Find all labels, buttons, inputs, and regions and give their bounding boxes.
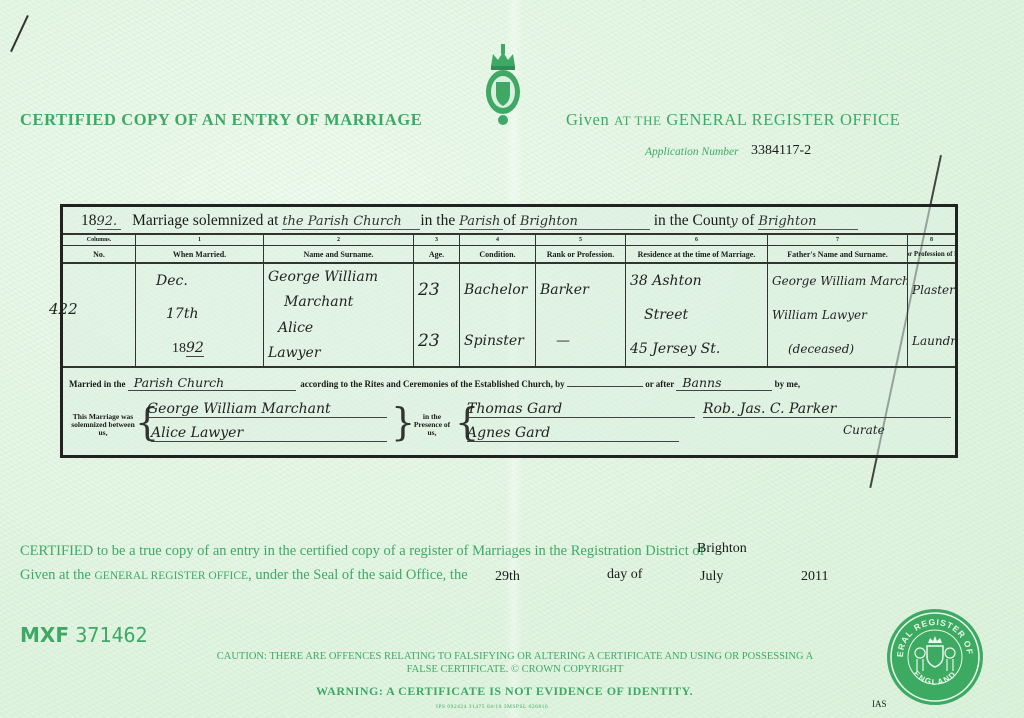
- by-me-label: by me,: [775, 379, 801, 389]
- svg-text:GENERAL REGISTER OFFICE: GENERAL REGISTER OFFICE: [887, 609, 975, 658]
- year-prefix: 18: [81, 212, 97, 229]
- certification-year: 2011: [801, 569, 828, 585]
- issuing-office-prefix: Given: [566, 110, 609, 129]
- register-entry: 1892. Marriage solemnized at the Parish …: [60, 204, 958, 458]
- officiant-signature: Rob. Jas. C. Parker: [703, 401, 951, 418]
- header-father-name: Father's Name and Surname.: [767, 246, 907, 262]
- header-father-rank: Rank or Profession of Father.: [907, 246, 955, 262]
- marriage-year-hand: 92: [186, 340, 204, 357]
- groom-residence-1: 38 Ashton: [626, 273, 767, 289]
- bride-residence: 45 Jersey St.: [626, 341, 767, 357]
- certification-day: 29th: [495, 569, 520, 585]
- married-in-label: Married in the: [69, 379, 126, 389]
- or-after-value: Banns: [676, 375, 772, 391]
- header-age: Age.: [413, 246, 459, 262]
- column-number: 6: [625, 235, 767, 245]
- witness-1-signature: Thomas Gard: [467, 401, 695, 418]
- cell-residence: 38 Ashton Street 45 Jersey St.: [625, 264, 767, 366]
- bride-signature: Alice Lawyer: [151, 425, 387, 442]
- signatures-block: This Marriage was solemnized between us,…: [63, 399, 955, 454]
- issuing-office-name: GENERAL REGISTER OFFICE: [666, 110, 900, 129]
- officiant-title: Curate: [843, 423, 885, 437]
- marriage-year-prefix: 18: [172, 341, 186, 356]
- groom-age: 23: [414, 280, 459, 300]
- groom-father-rank: Plasterer: [908, 283, 955, 297]
- married-in-place: Parish Church: [128, 375, 296, 391]
- groom-condition: Bachelor: [460, 282, 535, 298]
- under-seal-text: , under the Seal of the said Office, the: [248, 567, 468, 583]
- registrar-initials: IAS: [872, 699, 887, 709]
- parish-name: Brighton: [520, 214, 650, 230]
- column-number: 3: [413, 235, 459, 245]
- serial-number: 371462: [75, 623, 147, 647]
- column-numbers-row: Columns. 1 2 3 4 5 6 7 8: [63, 235, 955, 246]
- solemnized-label: Marriage solemnized at: [132, 212, 278, 229]
- certification-statement: CERTIFIED to be a true copy of an entry …: [20, 543, 704, 560]
- marriage-year: 1892: [136, 340, 263, 357]
- column-number: 4: [459, 235, 535, 245]
- header-condition: Condition.: [459, 246, 535, 262]
- groom-residence-2: Street: [626, 307, 767, 323]
- licence-blank: [567, 386, 643, 387]
- bride-forename: Alice: [264, 320, 413, 336]
- certification-month: July: [700, 569, 723, 585]
- caution-line-1: CAUTION: THERE ARE OFFENCES RELATING TO …: [180, 650, 850, 663]
- rites-text: according to the Rites and Ceremonies of…: [300, 379, 564, 389]
- column-number: 2: [263, 235, 413, 245]
- serial-prefix: MXF: [20, 623, 69, 647]
- document-title: CERTIFIED COPY OF AN ENTRY OF MARRIAGE: [20, 110, 422, 130]
- print-code: IPS 092424 31475 04/10 3MSPSL 026816: [436, 704, 548, 710]
- witness-2-signature: Agnes Gard: [467, 425, 679, 442]
- gro-seal-icon: GENERAL REGISTER OFFICE ENGLAND: [887, 609, 983, 705]
- cell-ages: 23 23: [413, 264, 459, 366]
- day-of-label: day of: [607, 567, 642, 583]
- application-number: 3384117-2: [751, 143, 811, 159]
- solemnized-place: the Parish Church: [282, 214, 420, 230]
- county-handwritten: y: [730, 214, 737, 229]
- certificate-serial: MXF 371462: [20, 623, 148, 647]
- cell-rank: Barker —: [535, 264, 625, 366]
- bride-father-rank: Laundress: [908, 334, 955, 348]
- caution-notice: CAUTION: THERE ARE OFFENCES RELATING TO …: [180, 650, 850, 676]
- groom-forenames: George William: [264, 269, 413, 285]
- column-number: 1: [135, 235, 263, 245]
- identity-warning: WARNING: A CERTIFICATE IS NOT EVIDENCE O…: [316, 684, 693, 699]
- column-number: 8: [907, 235, 955, 245]
- groom-signature: George William Marchant: [147, 401, 387, 418]
- columns-label: Columns.: [63, 235, 135, 245]
- cell-when-married: Dec. 17th 1892: [135, 264, 263, 366]
- of-label: of: [503, 212, 516, 229]
- presence-label: in the Presence of us,: [412, 413, 452, 437]
- column-number: 7: [767, 235, 907, 245]
- given-at-text: Given at the: [20, 567, 91, 583]
- in-the-label: in the: [420, 212, 455, 229]
- bride-father: William Lawyer: [768, 308, 907, 322]
- solemnized-between-label: This Marriage was solemnized between us,: [71, 413, 135, 437]
- or-after-label: or after: [645, 379, 674, 389]
- cell-names: George William Marchant Alice Lawyer: [263, 264, 413, 366]
- bride-rank: —: [536, 333, 625, 349]
- county-name: Brighton: [758, 214, 858, 230]
- groom-father: George William Marchant: [768, 274, 907, 288]
- application-number-label: Application Number: [645, 146, 739, 158]
- header-no: No.: [63, 246, 135, 262]
- bride-father-note: (deceased): [768, 342, 907, 356]
- column-headers-row: No. When Married. Name and Surname. Age.…: [63, 246, 955, 264]
- column-number: 5: [535, 235, 625, 245]
- bride-condition: Spinster: [460, 333, 535, 349]
- royal-crest-icon: [483, 44, 523, 128]
- marriage-month: Dec.: [136, 273, 263, 289]
- cell-father-rank: Plasterer Laundress: [907, 264, 955, 366]
- entry-row: 422 Dec. 17th 1892 George William Marcha…: [63, 264, 955, 368]
- issuing-office-at-the: at the: [614, 113, 662, 128]
- marriage-day: 17th: [136, 306, 263, 322]
- header-name: Name and Surname.: [263, 246, 413, 262]
- bride-surname: Lawyer: [264, 345, 413, 361]
- registration-district: Brighton: [697, 541, 747, 557]
- county-label: in the Count: [654, 212, 731, 229]
- pen-mark: [10, 15, 29, 52]
- year-handwritten: 92.: [97, 214, 121, 230]
- header-when-married: When Married.: [135, 246, 263, 262]
- gro-smallcaps: General Register Office: [95, 570, 249, 582]
- cell-no: [63, 264, 135, 366]
- county-of-label: of: [742, 212, 755, 229]
- header-rank: Rank or Profession.: [535, 246, 625, 262]
- certification-given-at: Given at the General Register Office, un…: [20, 567, 468, 584]
- caution-line-2: FALSE CERTIFICATE. © CROWN COPYRIGHT: [180, 663, 850, 676]
- register-heading: 1892. Marriage solemnized at the Parish …: [63, 207, 955, 235]
- parish-handwritten: Parish: [459, 214, 503, 230]
- svg-text:ENGLAND: ENGLAND: [912, 669, 959, 687]
- married-in-line: Married in the Parish Church according t…: [63, 375, 955, 391]
- header-residence: Residence at the time of Marriage.: [625, 246, 767, 262]
- groom-surname: Marchant: [264, 294, 413, 310]
- groom-rank: Barker: [536, 282, 625, 298]
- issuing-office: Given at the GENERAL REGISTER OFFICE: [566, 110, 900, 130]
- bride-age: 23: [414, 331, 459, 351]
- cell-father-name: George William Marchant William Lawyer (…: [767, 264, 907, 366]
- cell-condition: Bachelor Spinster: [459, 264, 535, 366]
